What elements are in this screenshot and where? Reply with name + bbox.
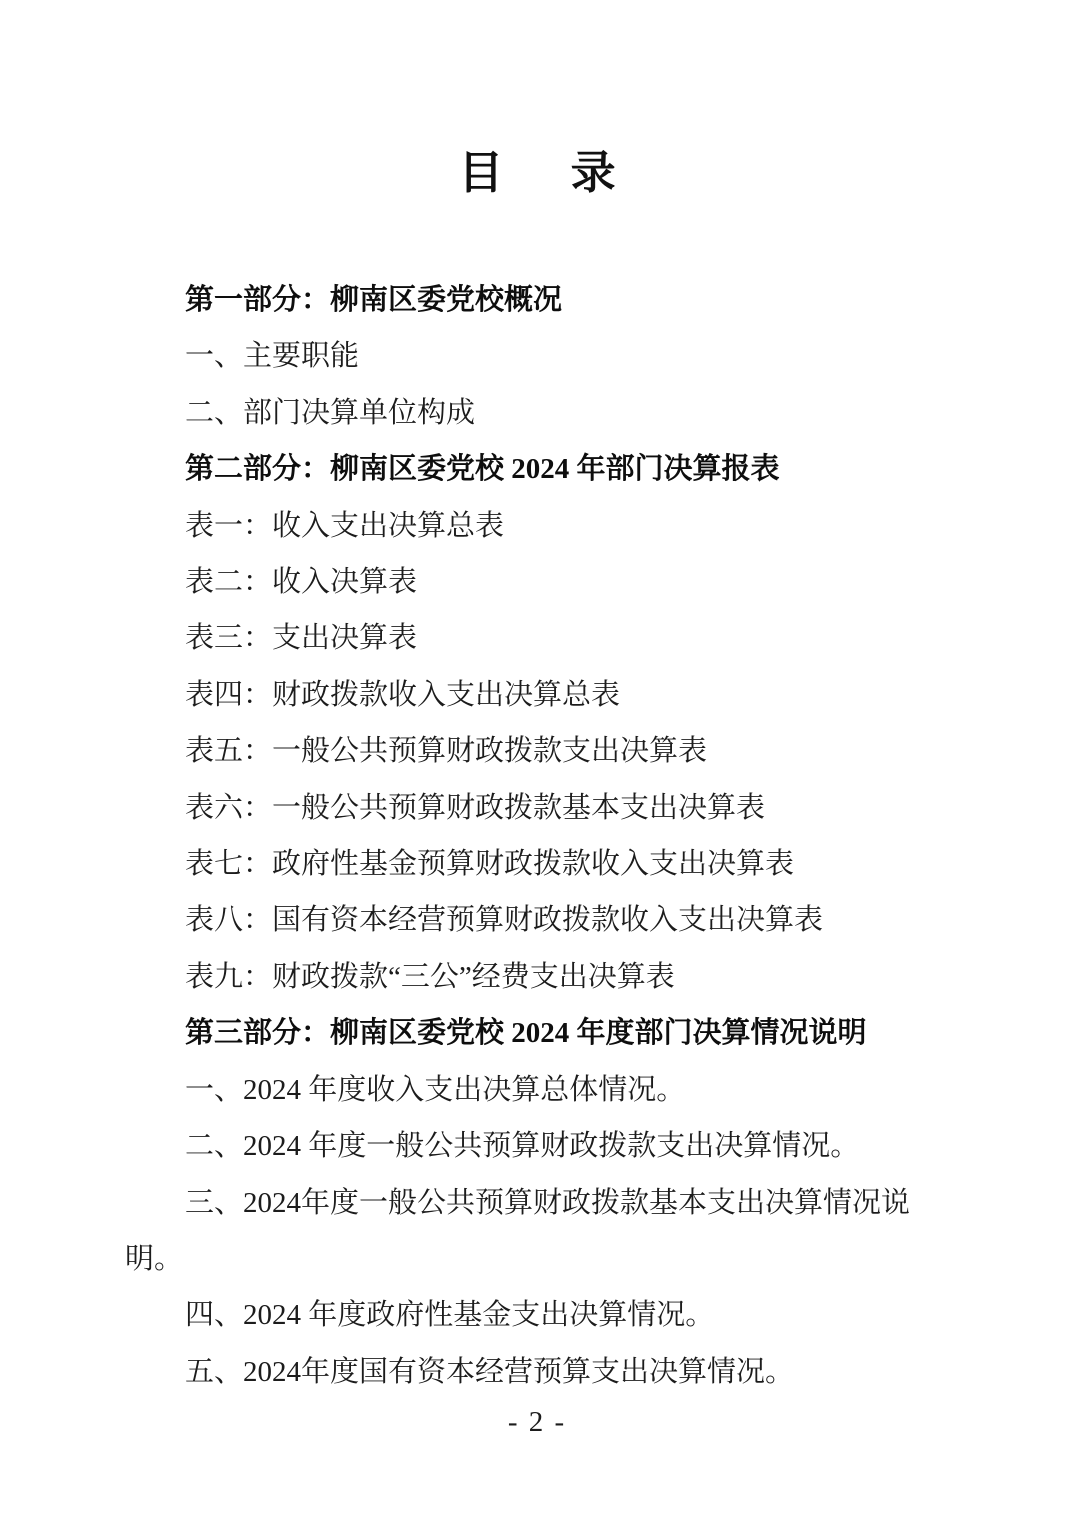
toc-entry: 表四：财政拨款收入支出决算总表 (125, 667, 994, 723)
toc-section-heading: 第二部分：柳南区委党校 2024 年部门决算报表 (125, 441, 994, 497)
document-page: 目 录 第一部分：柳南区委党校概况 一、主要职能 二、部门决算单位构成 第二部分… (0, 0, 1074, 1520)
toc-entry: 四、2024 年度政府性基金支出决算情况。 (125, 1287, 994, 1343)
toc-entry: 表五：一般公共预算财政拨款支出决算表 (125, 723, 994, 779)
toc-entry: 表六：一般公共预算财政拨款基本支出决算表 (125, 780, 994, 836)
toc-entry: 五、2024年度国有资本经营预算支出决算情况。 (125, 1344, 994, 1400)
toc-entry: 三、2024年度一般公共预算财政拨款基本支出决算情况说 (125, 1175, 994, 1231)
toc-section-heading: 第一部分：柳南区委党校概况 (125, 272, 994, 328)
toc-entry-continuation: 明。 (125, 1231, 994, 1287)
toc-entry: 二、2024 年度一般公共预算财政拨款支出决算情况。 (125, 1118, 994, 1174)
toc-entry: 表九：财政拨款“三公”经费支出决算表 (125, 949, 994, 1005)
toc-entry: 表七：政府性基金预算财政拨款收入支出决算表 (125, 836, 994, 892)
toc-entry: 二、部门决算单位构成 (125, 385, 994, 441)
toc-entry: 表三：支出决算表 (125, 610, 994, 666)
page-number: - 2 - (0, 1406, 1074, 1439)
toc-section-heading: 第三部分：柳南区委党校 2024 年度部门决算情况说明 (125, 1005, 994, 1061)
toc-entry: 表二：收入决算表 (125, 554, 994, 610)
table-of-contents: 第一部分：柳南区委党校概况 一、主要职能 二、部门决算单位构成 第二部分：柳南区… (125, 272, 994, 1400)
toc-entry: 表一：收入支出决算总表 (125, 498, 994, 554)
page-title: 目 录 (0, 136, 1074, 201)
toc-entry: 一、2024 年度收入支出决算总体情况。 (125, 1062, 994, 1118)
toc-entry: 表八：国有资本经营预算财政拨款收入支出决算表 (125, 892, 994, 948)
toc-entry: 一、主要职能 (125, 328, 994, 384)
